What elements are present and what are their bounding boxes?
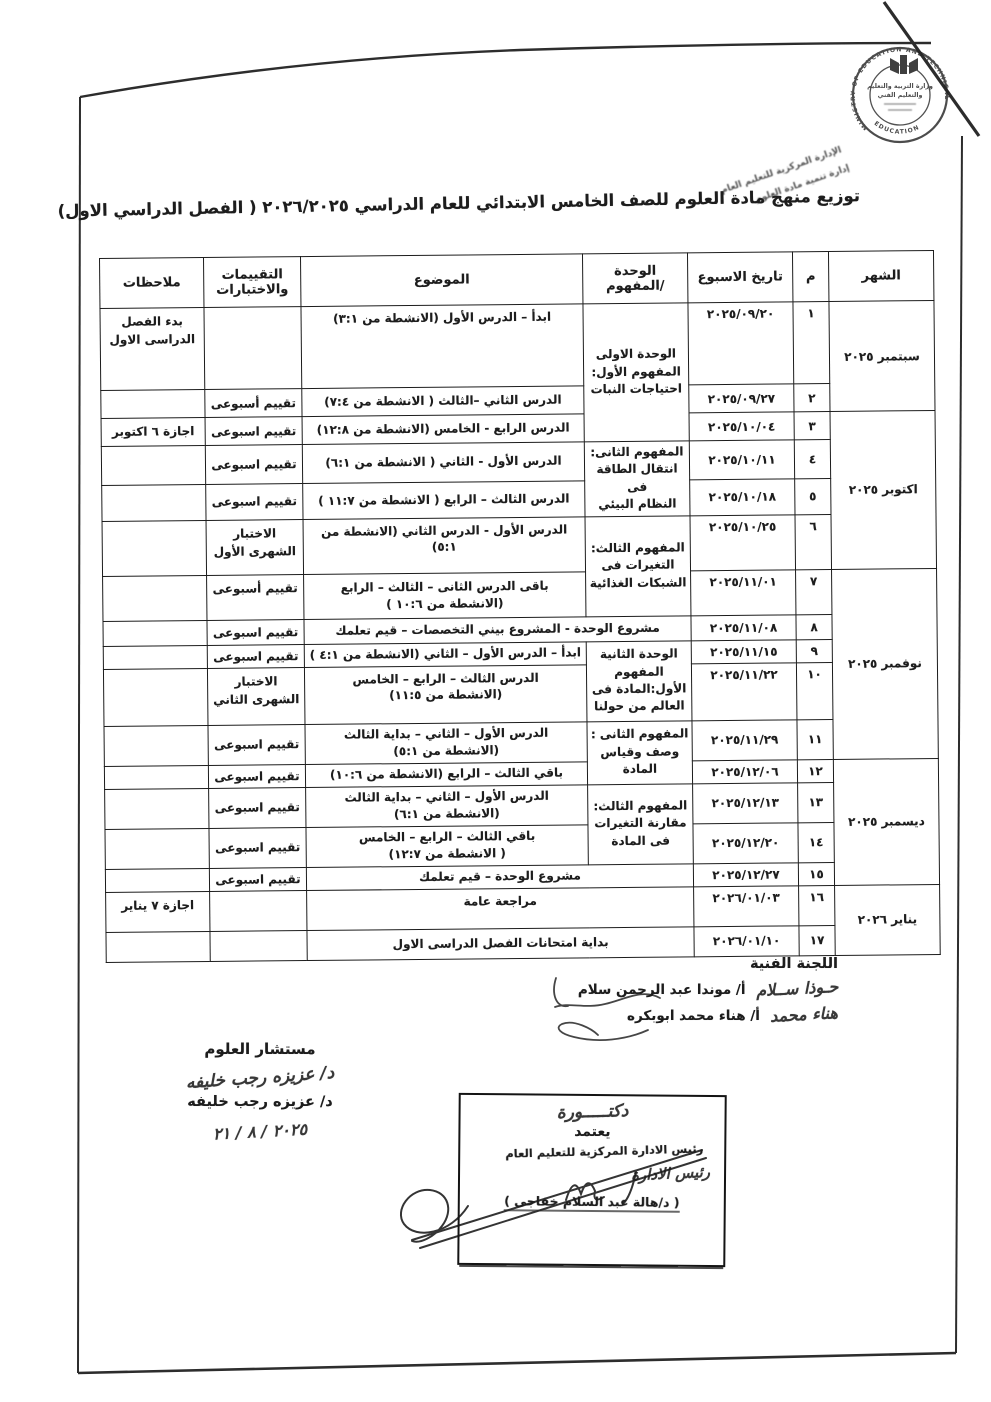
evaluation-cell: الاختبار الشهرى الثاني (207, 667, 305, 725)
advisor-handwritten-date: ٢٠٢٥ / ٨ / ٢١ (140, 1116, 381, 1148)
notes-cell (102, 520, 207, 576)
advisor-name: د/ عزيزه رجب خليفه (140, 1094, 380, 1110)
week-number-cell: ١٣ (798, 782, 834, 822)
week-number-cell: ١١ (797, 719, 833, 759)
table-row: سبتمبر ٢٠٢٥ ١ ٢٠٢٥/٠٩/٢٠ الوحدة الاولى ا… (100, 300, 935, 390)
week-number-cell: ٩ (796, 639, 832, 662)
date-cell: ٢٠٢٥/١٢/٢٠ (693, 822, 798, 863)
evaluation-cell: تقييم اسبوعى (207, 644, 304, 668)
header-evaluations: التقييمات والاختبارات (203, 257, 300, 308)
notes-cell: اجازة ٦ اكتوبر (101, 417, 205, 446)
unit-cell: الوحدة الاولى المفهوم الأول: احتياجات ال… (583, 303, 689, 442)
topic-cell: الدرس الرابع - الخامس (الانشطة من ١٢:٨) (302, 414, 584, 445)
evaluation-cell: تقييم اسبوعى (209, 787, 306, 828)
curriculum-table: الشهر م تاريخ الاسبوع الوحدة /المفهوم ال… (99, 250, 941, 963)
topic-cell: مراجعة عامة (307, 886, 694, 930)
topic-cell: مشروع الوحدة - المشروع بيني التخصصات – ق… (304, 615, 691, 644)
page-right-border (956, 136, 962, 1353)
approve-word: يعتمد (460, 1123, 724, 1141)
notes-cell (103, 620, 207, 646)
date-cell: ٢٠٢٥/٠٩/٢٠ (688, 302, 794, 385)
page-left-border (78, 97, 80, 1373)
date-cell: ٢٠٢٥/١١/٠١ (691, 569, 796, 615)
stamped-title-line: رئيس الادارة المركزية للتعليم العام (450, 1140, 758, 1162)
advisor-signature: د/ عزيزه رجب خليفه (140, 1060, 381, 1097)
topic-cell: الدرس الأول – الثاني – بداية الثالث (الا… (305, 721, 587, 764)
table-row: نوفمبر ٢٠٢٥ ٧ ٢٠٢٥/١١/٠١ باقى الدرس الثا… (103, 568, 937, 621)
evaluation-cell: الاختبار الشهرى الأول (206, 519, 304, 575)
unit-cell: المفهوم الثالث: مقارنة التغيرات فى الماد… (588, 783, 694, 864)
date-cell: ٢٠٢٥/١٠/١٨ (690, 478, 795, 515)
week-number-cell: ٦ (795, 514, 832, 569)
header-row: الشهر م تاريخ الاسبوع الوحدة /المفهوم ال… (100, 250, 934, 308)
header-unit: الوحدة /المفهوم (582, 253, 687, 304)
handwritten-doctor-note: دكتـــــورة (460, 1099, 724, 1126)
week-number-cell: ١٢ (797, 759, 833, 782)
topic-cell: باقي الثالث – الرابع – الخامس ( الانشطة … (306, 824, 588, 867)
topic-cell: الدرس الأول - الثاني ( الانشطة من ٦:١) (302, 442, 584, 483)
date-cell: ٢٠٢٥/١٠/٠٤ (689, 412, 794, 441)
unit-cell: المفهوم الثالث: التغيرات فى الشبكات الغذ… (585, 515, 691, 616)
committee-title: اللجنة الفنية (470, 956, 838, 972)
evaluation-cell: تقييم اسبوعى (209, 867, 306, 891)
notes-cell (103, 668, 208, 726)
notes-cell (105, 828, 209, 869)
notes-cell (104, 725, 208, 766)
notes-cell (103, 575, 207, 621)
evaluation-cell (210, 930, 307, 961)
table-row: ١٠ ٢٠٢٥/١١/٢٢ الدرس الثالث – الرابع – ال… (103, 661, 938, 726)
notes-cell (105, 868, 209, 892)
date-cell: ٢٠٢٥/١٢/٢٧ (693, 862, 798, 886)
date-cell: ٢٠٢٥/١١/٠٨ (691, 614, 796, 640)
scanned-document: { "page": { "title": "توزيع منهج مادة ال… (0, 0, 991, 1402)
evaluation-cell (210, 890, 307, 931)
stamp-arc-text: MINISTRY OF EDUCATION AND TECHNICAL (850, 46, 950, 131)
page-sheet: وزارة التربية والتعليم والتعليم الفني MI… (0, 0, 991, 1402)
week-number-cell: ٨ (796, 614, 832, 639)
week-number-cell: ١٤ (798, 822, 834, 862)
evaluation-cell: تقييم اسبوعى (205, 445, 302, 485)
header-num: م (792, 251, 828, 301)
topic-cell: الدرس الأول – الثاني – بداية الثالث (الا… (306, 784, 588, 827)
week-number-cell: ٣ (794, 411, 830, 439)
unit-cell: المفهوم الثانى: انتقال الطاقة فى النظام … (584, 441, 690, 517)
date-cell: ٢٠٢٥/١١/٢٢ (691, 662, 797, 720)
date-cell: ٢٠٢٥/١١/٢٩ (692, 719, 797, 760)
topic-cell: الدرس الثاني –الثالث ( الانشطة من ٧:٤) (302, 386, 584, 417)
topic-cell: ابدأ – الدرس الأول – الثاني (الانشطة من … (304, 641, 586, 667)
date-cell: ٢٠٢٦/٠١/٠٣ (694, 885, 799, 926)
stamp-center-text-2: والتعليم الفني (878, 92, 923, 99)
handwritten-title-line: رئيس الادارة (460, 1162, 725, 1191)
notes-cell (104, 765, 208, 789)
stamp-arc-bottom-text: EDUCATION (873, 120, 921, 136)
evaluation-cell: تقييم اسبوعى (208, 724, 305, 765)
evaluation-cell: تقييم اسبوعى (207, 619, 304, 645)
advisor-title: مستشار العلوم (140, 1040, 380, 1058)
science-advisor-block: مستشار العلوم د/ عزيزه رجب خليفه د/ عزيز… (140, 1040, 380, 1141)
date-cell: ٢٠٢٥/١٠/٢٥ (690, 514, 796, 570)
header-topic: الموضوع (300, 254, 582, 307)
member2-signature: هناء محمد (770, 1003, 839, 1026)
week-number-cell: ١٦ (799, 885, 835, 925)
week-number-cell: ٧ (796, 569, 832, 614)
date-cell: ٢٠٢٥/١٠/١١ (689, 440, 794, 480)
date-cell: ٢٠٢٥/٠٩/٢٧ (689, 384, 794, 413)
evaluation-cell: تقييم أسبوعى (207, 574, 304, 620)
week-number-cell: ١٥ (798, 862, 834, 885)
month-cell: سبتمبر ٢٠٢٥ (829, 300, 935, 411)
week-number-cell: ٤ (794, 439, 830, 478)
week-number-cell: ٢ (794, 383, 830, 411)
approver-name: ( د/هالة عبد السلام خفاجى ) (504, 1193, 680, 1213)
member1-signature: حـوذا ســلام (755, 977, 838, 1000)
evaluation-cell: تقييم اسبوعى (208, 764, 305, 788)
header-month: الشهر (828, 250, 933, 301)
week-number-cell: ١٠ (796, 662, 833, 719)
month-cell: اكتوبر ٢٠٢٥ (830, 410, 937, 569)
week-number-cell: ١ (793, 301, 830, 383)
evaluation-cell: تقييم اسبوعى (209, 827, 306, 868)
stamp-center-text-1: وزارة التربية والتعليم (867, 83, 933, 90)
svg-text:EDUCATION: EDUCATION (873, 120, 921, 136)
notes-cell (103, 645, 207, 669)
committee-member1-name: أ/ موندا عبد الرحمن سلام (578, 982, 746, 998)
committee-member-line: هناء محمد أ/ هناء محمد ابوبكره (470, 1005, 838, 1024)
month-cell: يناير ٢٠٢٦ (835, 884, 941, 955)
notes-cell (101, 445, 205, 485)
evaluation-cell: تقييم اسبوعى (205, 417, 302, 446)
unit-cell: المفهوم الثانى : وصف وقياس المادة (587, 720, 693, 784)
topic-cell: الدرس الأول - الدرس الثاني (الانشطة من ٥… (303, 516, 586, 574)
document-title: توزيع منهج مادة العلوم للصف الخامس الابت… (150, 186, 860, 219)
topic-cell: باقي الثالث – الرابع (الانشطة من ١٠:٦) (305, 761, 587, 787)
unit-cell: الوحدة الثانية المفهوم الأول:المادة فى ا… (586, 640, 692, 721)
notes-cell (105, 788, 209, 829)
notes-cell: اجازة ٧ يناير (106, 891, 210, 932)
committee-member2-name: أ/ هناء محمد ابوبكره (627, 1008, 760, 1024)
page-bottom-border (78, 1353, 956, 1373)
evaluation-cell: تقييم أسبوعى (205, 389, 302, 418)
approval-stamp-box: دكتـــــورة يعتمد رئيس الادارة المركزية … (457, 1093, 726, 1267)
notes-cell (101, 389, 205, 418)
page-top-border (80, 43, 931, 97)
notes-cell (106, 931, 210, 962)
svg-text:MINISTRY OF EDUCATION AND TECH: MINISTRY OF EDUCATION AND TECHNICAL (850, 46, 950, 131)
date-cell: ٢٠٢٦/٠١/١٠ (694, 925, 799, 956)
ministry-stamp: وزارة التربية والتعليم والتعليم الفني MI… (720, 46, 950, 205)
week-number-cell: ١٧ (799, 925, 835, 955)
topic-cell: باقى الدرس الثانى – الثالث – الرابع (الا… (304, 571, 586, 619)
topic-cell: الدرس الثالث – الرابع ( الانشطة من ١١:٧ … (303, 481, 585, 520)
month-cell: ديسمبر ٢٠٢٥ (833, 758, 939, 885)
date-cell: ٢٠٢٥/١١/١٥ (691, 639, 796, 663)
date-cell: ٢٠٢٥/١٢/١٣ (693, 782, 798, 823)
topic-cell: ابدأ – الدرس الأول (الانشطة من ٣:١) (301, 304, 584, 389)
week-number-cell: ٥ (795, 478, 831, 514)
table-row: ٦ ٢٠٢٥/١٠/٢٥ المفهوم الثالث: التغيرات فى… (102, 513, 936, 576)
notes-cell (102, 484, 206, 521)
topic-cell: الدرس الثالث – الرابع – الخامس (الانشطة … (304, 664, 587, 724)
date-cell: ٢٠٢٥/١٢/٠٦ (692, 759, 797, 783)
evaluation-cell (204, 307, 302, 390)
technical-committee-block: اللجنة الفنية حـوذا ســلام أ/ موندا عبد … (470, 956, 838, 1024)
evaluation-cell: تقييم اسبوعى (206, 483, 303, 520)
notes-cell: بدء الفصل الدراسى الاول (100, 307, 205, 390)
page-corner-fold-line (884, 2, 979, 136)
committee-member-line: حـوذا ســلام أ/ موندا عبد الرحمن سلام (470, 979, 838, 998)
header-week-date: تاريخ الاسبوع (687, 252, 792, 303)
month-cell: نوفمبر ٢٠٢٥ (832, 568, 939, 759)
eagle-icon (890, 55, 918, 74)
header-notes: ملاحظات (100, 257, 204, 308)
